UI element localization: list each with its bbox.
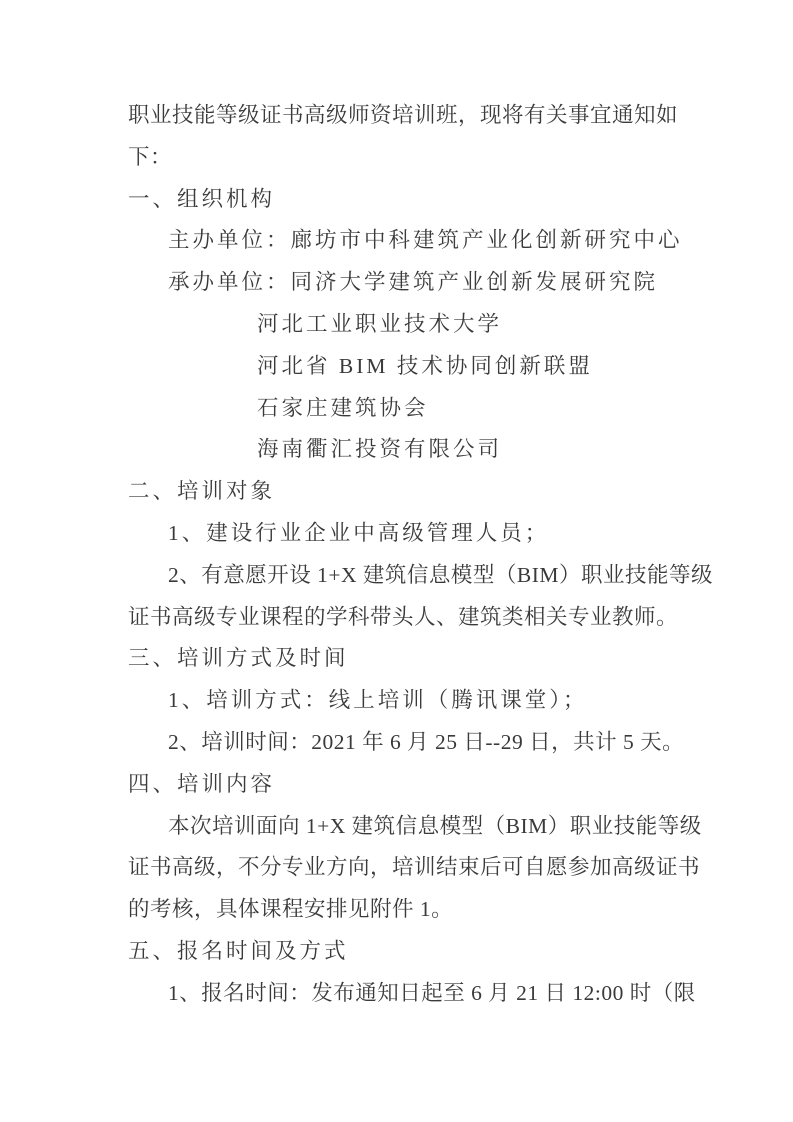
training-method-item: 1、培训方式：线上培训（腾讯课堂）； [128,680,673,722]
section-heading-1: 一、组织机构 [128,179,673,221]
organizer-name-line: 海南衢汇投资有限公司 [128,429,673,471]
organizer-unit-line: 承办单位：同济大学建筑产业创新发展研究院 [128,262,673,304]
organizer-name-line: 石家庄建筑协会 [128,388,673,430]
section-heading-5: 五、报名时间及方式 [128,931,673,973]
registration-time-line: 1、报名时间：发布通知日起至 6 月 21 日 12:00 时（限 [128,973,673,1015]
notice-body-line-1: 职业技能等级证书高级师资培训班，现将有关事宜通知如 [128,95,673,137]
trainee-item-2-line-1: 2、有意愿开设 1+X 建筑信息模型（BIM）职业技能等级 [128,555,673,597]
training-content-line-2: 证书高级，不分专业方向，培训结束后可自愿参加高级证书 [128,847,673,889]
training-content-line-1: 本次培训面向 1+X 建筑信息模型（BIM）职业技能等级 [128,806,673,848]
section-heading-3: 三、培训方式及时间 [128,638,673,680]
document-content: 职业技能等级证书高级师资培训班，现将有关事宜通知如 下： 一、组织机构 主办单位… [128,95,673,1015]
organizer-name-line: 河北省 BIM 技术协同创新联盟 [128,346,673,388]
notice-body-line-2: 下： [128,137,673,179]
document-page: 职业技能等级证书高级师资培训班，现将有关事宜通知如 下： 一、组织机构 主办单位… [0,0,793,1122]
trainee-item-2-line-2: 证书高级专业课程的学科带头人、建筑类相关专业教师。 [128,597,673,639]
host-unit-line: 主办单位：廊坊市中科建筑产业化创新研究中心 [128,220,673,262]
trainee-item-1: 1、建设行业企业中高级管理人员； [128,513,673,555]
section-heading-4: 四、培训内容 [128,764,673,806]
organizer-name-line: 河北工业职业技术大学 [128,304,673,346]
training-content-line-3: 的考核，具体课程安排见附件 1。 [128,889,673,931]
section-heading-2: 二、培训对象 [128,471,673,513]
training-time-item: 2、培训时间：2021 年 6 月 25 日--29 日，共计 5 天。 [128,722,673,764]
